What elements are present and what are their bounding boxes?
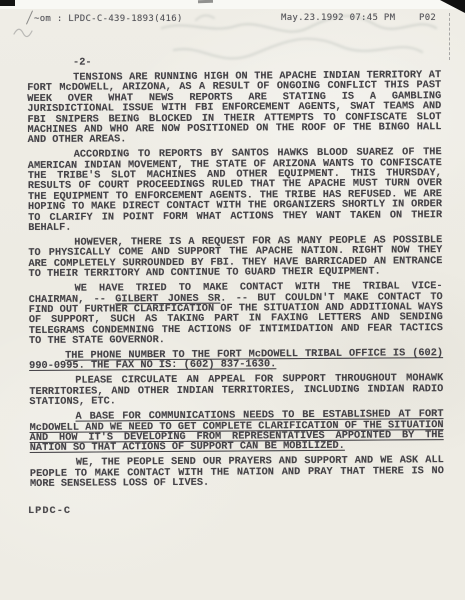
paragraph-contact-attempt: WE HAVE TRIED TO MAKE CONTACT WITH THE T… (29, 281, 443, 346)
paragraph-circulate-appeal: PLEASE CIRCULATE AN APPEAL FOR SUPPORT T… (29, 373, 443, 407)
page-number: -2- (27, 55, 441, 68)
paragraph-however: HOWEVER, THERE IS A REQUEST FOR AS MANY … (28, 235, 442, 280)
paragraph-prayers: WE, THE PEOPLE SEND OUR PRAYERS AND SUPP… (30, 455, 444, 489)
paragraph-phone-fax-numbers: THE PHONE NUMBER TO THE FORT McDOWELL TR… (29, 348, 443, 372)
fax-datetime: May.23.1992 07:45 PM (281, 13, 395, 23)
scan-corner-artifact-left (0, 0, 15, 6)
footer-code: LPDC-C (28, 505, 71, 517)
paragraph-communications-base: A BASE FOR COMMUNICATIONS NEEDS TO BE ES… (29, 409, 443, 454)
pen-scribble-mark (12, 25, 38, 39)
scan-smudge (198, 0, 213, 3)
fax-page-indicator: P02 (419, 13, 436, 23)
fax-page: ~om : LPDC-C-439-1893(416) May.23.1992 0… (0, 0, 465, 600)
paragraph-according: ACCORDING TO REPORTS BY SANTOS HAWKS BLO… (28, 147, 443, 233)
fax-from-line: ~om : LPDC-C-439-1893(416) (34, 14, 183, 24)
document-body: -2- TENSIONS ARE RUNNING HIGH ON THE APA… (27, 55, 444, 494)
fax-transmission-header: ~om : LPDC-C-439-1893(416) May.23.1992 0… (0, 13, 465, 27)
paragraph-tensions: TENSIONS ARE RUNNING HIGH ON THE APACHE … (27, 70, 441, 146)
scan-top-band (0, 0, 465, 9)
